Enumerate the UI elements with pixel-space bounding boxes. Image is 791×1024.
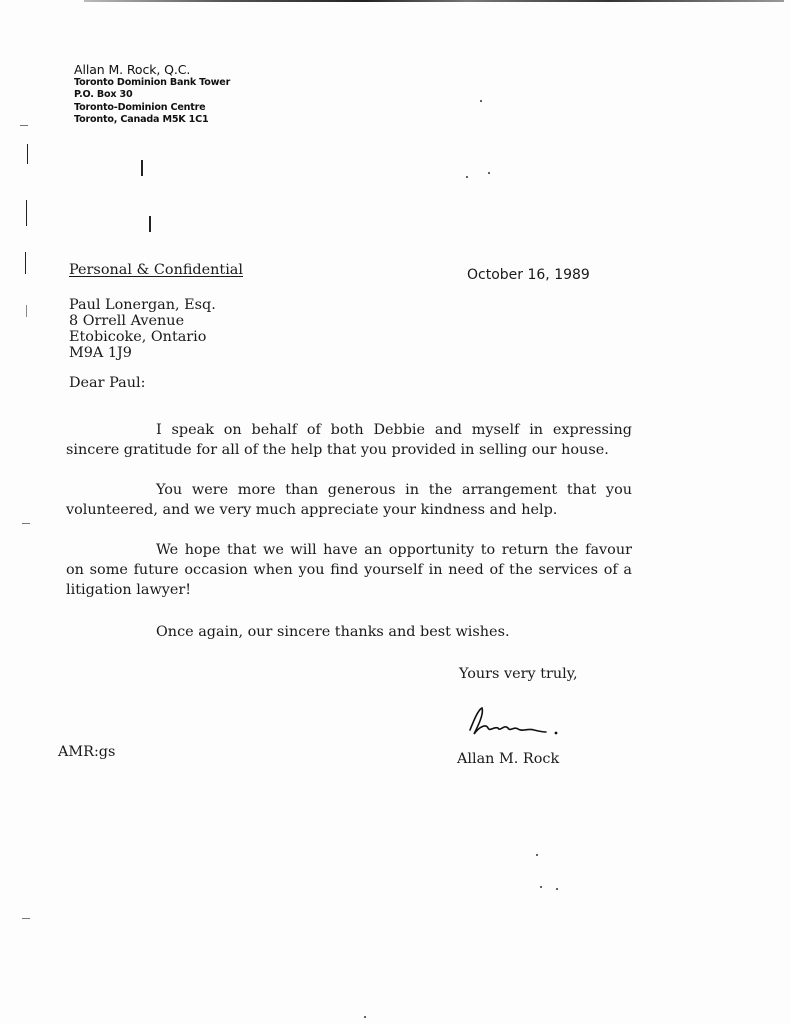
scan-edge-line (84, 0, 784, 2)
scan-mark (26, 200, 27, 226)
paragraph-text: I speak on behalf of both Debbie and mys… (66, 422, 632, 458)
reference-initials: AMR:gs (58, 744, 115, 760)
paragraph-text: You were more than generous in the arran… (66, 482, 632, 518)
scan-mark (141, 160, 143, 176)
letterhead-name: Allan M. Rock, Q.C. (74, 63, 230, 77)
signature-icon (462, 702, 572, 742)
letter-date: October 16, 1989 (467, 267, 590, 283)
scan-speck (364, 1016, 366, 1018)
scan-mark (22, 918, 30, 919)
scan-mark (22, 523, 30, 524)
scan-mark (20, 125, 28, 126)
recipient-line: Paul Lonergan, Esq. (69, 297, 216, 313)
scan-speck (540, 886, 542, 888)
letterhead-line: Toronto Dominion Bank Tower (74, 77, 230, 89)
recipient-address: Paul Lonergan, Esq. 8 Orrell Avenue Etob… (69, 297, 216, 361)
scan-mark (26, 305, 27, 317)
scan-mark (149, 216, 151, 232)
recipient-line: M9A 1J9 (69, 345, 216, 361)
body-paragraph: I speak on behalf of both Debbie and mys… (66, 420, 632, 460)
body-paragraph: Once again, our sincere thanks and best … (156, 624, 510, 640)
paragraph-text: We hope that we will have an opportunity… (66, 542, 632, 598)
confidentiality-notice: Personal & Confidential (69, 262, 243, 278)
scan-mark (27, 144, 28, 164)
scan-speck (480, 100, 482, 102)
salutation: Dear Paul: (69, 375, 145, 391)
valediction: Yours very truly, (459, 666, 578, 682)
letterhead-line: Toronto-Dominion Centre (74, 102, 230, 114)
body-paragraph: We hope that we will have an opportunity… (66, 540, 632, 600)
letterhead: Allan M. Rock, Q.C. Toronto Dominion Ban… (74, 63, 230, 127)
body-paragraph: You were more than generous in the arran… (66, 480, 632, 520)
letter-page: Allan M. Rock, Q.C. Toronto Dominion Ban… (0, 0, 791, 1024)
scan-speck (536, 854, 538, 856)
letterhead-line: P.O. Box 30 (74, 89, 230, 101)
recipient-line: 8 Orrell Avenue (69, 313, 216, 329)
signer-name: Allan M. Rock (457, 751, 559, 767)
scan-speck (556, 888, 558, 890)
scan-speck (488, 172, 490, 174)
recipient-line: Etobicoke, Ontario (69, 329, 216, 345)
scan-speck (466, 176, 468, 178)
scan-mark (25, 252, 26, 274)
letterhead-line: Toronto, Canada M5K 1C1 (74, 114, 230, 126)
